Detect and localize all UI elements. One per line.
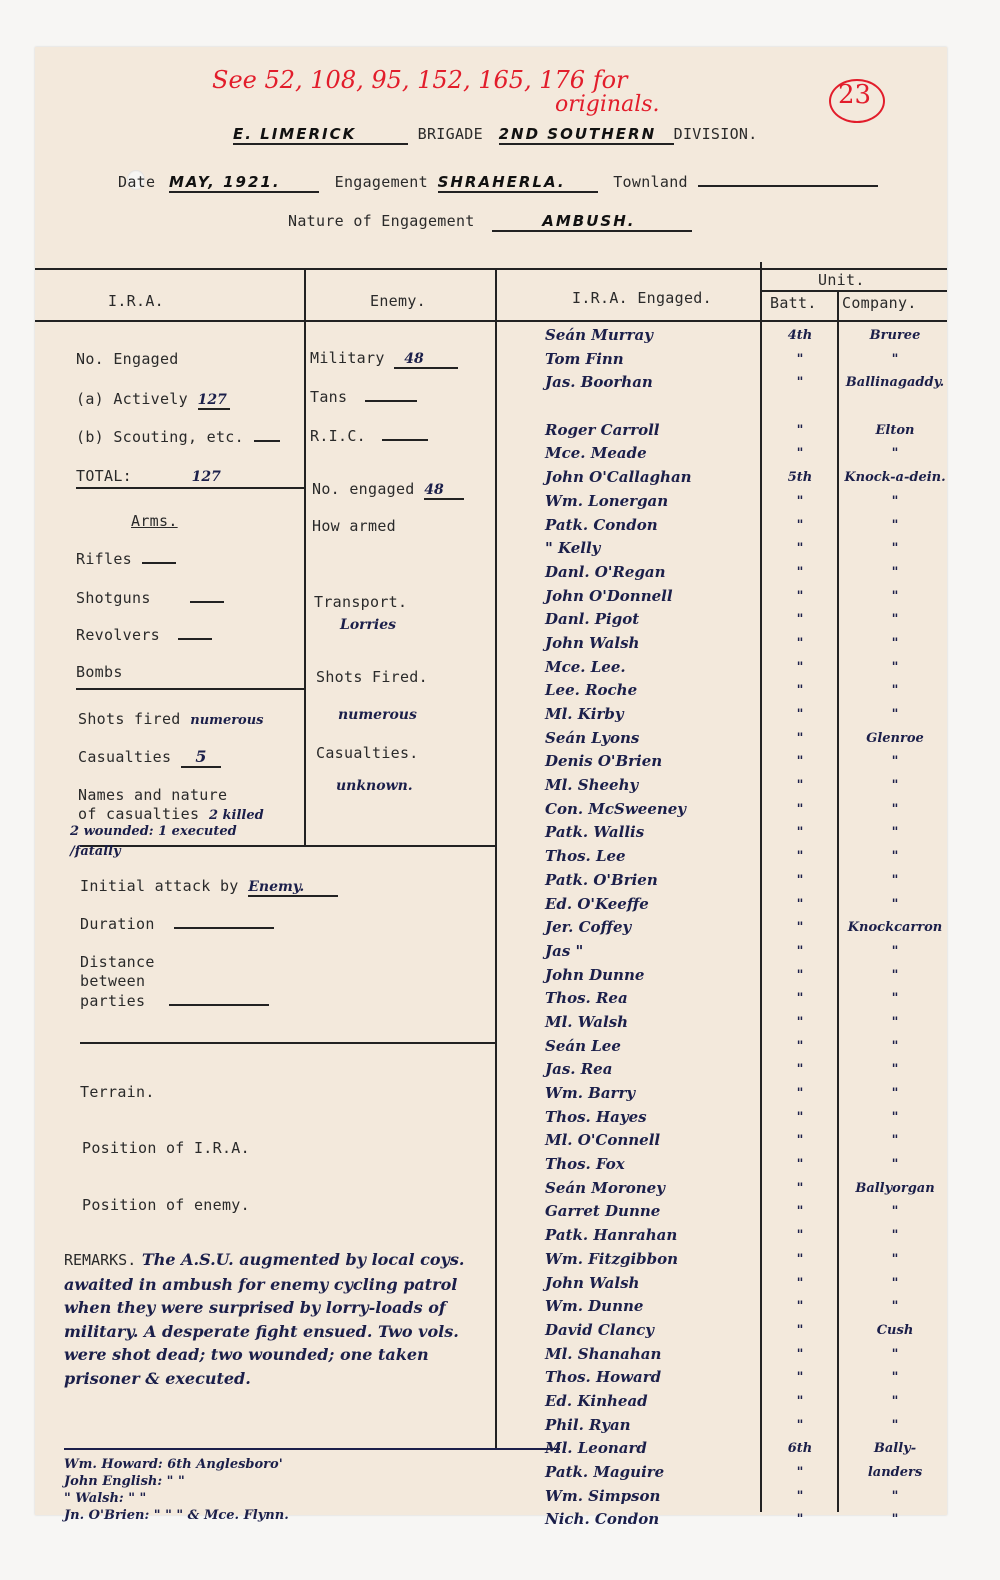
casualties-rule [80, 845, 497, 847]
engaged-name: Ml. Shanahan [545, 1343, 760, 1367]
engaged-name: Jas " [545, 940, 760, 964]
engaged-name: Jas. Boorhan [545, 371, 760, 395]
engaged-batt: " [770, 869, 830, 893]
engaged-name [545, 395, 760, 419]
engaged-company: " [843, 608, 947, 632]
engaged-batt: " [770, 656, 830, 680]
col-header-ira: I.R.A. [108, 292, 164, 310]
engaged-name: Ml. Walsh [545, 1011, 760, 1035]
scouting-field: (b) Scouting, etc. [76, 427, 280, 446]
engaged-name: Thos. Lee [545, 845, 760, 869]
division-label: DIVISION. [674, 125, 758, 143]
engaged-batt: " [770, 1177, 830, 1201]
header-bottom-rule [35, 320, 947, 322]
division-value: 2ND SOUTHERN [499, 125, 674, 145]
distance-label-2: between [80, 972, 145, 990]
engaged-batt: " [770, 774, 830, 798]
enemy-shots-label: Shots Fired. [316, 668, 428, 686]
arms-label: Arms. [131, 512, 178, 530]
distance-field: parties [80, 991, 269, 1010]
date-line: Date MAY, 1921. Engagement SHRAHERLA. To… [118, 172, 878, 193]
nature-label: Nature of Engagement [288, 212, 475, 230]
engaged-name: Thos. Rea [545, 987, 760, 1011]
engaged-batt: " [770, 727, 830, 751]
engaged-batt: " [770, 987, 830, 1011]
engaged-company: " [843, 679, 947, 703]
engaged-company: landers [843, 1461, 947, 1485]
col-divider-3 [760, 262, 762, 1512]
engaged-batt: " [770, 1082, 830, 1106]
engaged-batt: " [770, 703, 830, 727]
engaged-name: Thos. Fox [545, 1153, 760, 1177]
col-header-batt: Batt. [770, 294, 817, 312]
engaged-name: Denis O'Brien [545, 750, 760, 774]
engaged-batt: " [770, 1319, 830, 1343]
ira-shots-value: numerous [190, 713, 263, 728]
engaged-batt: " [770, 893, 830, 917]
engaged-name: Wm. Lonergan [545, 490, 760, 514]
engaged-batt: " [770, 798, 830, 822]
engaged-company: " [843, 1129, 947, 1153]
engaged-company: " [843, 1106, 947, 1130]
enemy-no-engaged-value: 48 [424, 482, 464, 500]
engaged-company: " [843, 964, 947, 988]
engaged-company: " [843, 632, 947, 656]
engaged-company: " [843, 703, 947, 727]
remarks-text: The A.S.U. augmented by local coys. awai… [64, 1250, 464, 1388]
engaged-company: " [843, 750, 947, 774]
engaged-name: Seán Moroney [545, 1177, 760, 1201]
engaged-batt: 5th [770, 466, 830, 490]
engaged-name: Seán Murray [545, 324, 760, 348]
engaged-name: Danl. O'Regan [545, 561, 760, 585]
engaged-name: Patk. O'Brien [545, 869, 760, 893]
engaged-batt: " [770, 1035, 830, 1059]
engaged-batt: " [770, 1248, 830, 1272]
engaged-name: Wm. Simpson [545, 1485, 760, 1509]
brigade-line: E. LIMERICK BRIGADE 2ND SOUTHERNDIVISION… [233, 124, 758, 145]
engaged-batt: " [770, 679, 830, 703]
col-header-company: Company. [842, 294, 917, 312]
enemy-casualties-value: unknown. [336, 778, 413, 794]
engaged-name: Ed. O'Keeffe [545, 893, 760, 917]
distance-rule [80, 1042, 497, 1044]
engaged-company: Elton [843, 419, 947, 443]
engaged-company: Bruree [843, 324, 947, 348]
engaged-company: Bally- [843, 1437, 947, 1461]
ira-arms-rule [76, 688, 304, 690]
engaged-company: " [843, 514, 947, 538]
ira-casualties-label: Casualties [78, 748, 171, 766]
engaged-batt: " [770, 1129, 830, 1153]
tans-field: Tans [310, 387, 417, 406]
total-label: TOTAL: [76, 467, 132, 485]
transport-label: Transport. [314, 593, 407, 611]
engaged-company: " [843, 893, 947, 917]
engaged-batt: " [770, 348, 830, 372]
engaged-batt: " [770, 1272, 830, 1296]
shotguns-field: Shotguns [76, 588, 224, 607]
revolvers-label: Revolvers [76, 626, 160, 644]
terrain-label: Terrain. [80, 1083, 155, 1101]
casualty-line: Wm. Howard: 6th Anglesboro' [64, 1456, 504, 1473]
col-header-ira-engaged: I.R.A. Engaged. [572, 289, 712, 307]
ira-casualties-value: 5 [181, 747, 221, 768]
engaged-name: Wm. Dunne [545, 1295, 760, 1319]
actively-value: 127 [198, 392, 230, 410]
engaged-company: " [843, 1366, 947, 1390]
engaged-company: " [843, 1295, 947, 1319]
engaged-company: " [843, 774, 947, 798]
engaged-name: Seán Lyons [545, 727, 760, 751]
no-engaged-label: No. Engaged [76, 350, 179, 368]
engaged-company: " [843, 845, 947, 869]
actively-field: (a) Actively 127 [76, 389, 230, 410]
engaged-company: " [843, 1272, 947, 1296]
engaged-name: Lee. Roche [545, 679, 760, 703]
engaged-company: " [843, 442, 947, 466]
rifles-label: Rifles [76, 550, 132, 568]
military-field: Military 48 [310, 348, 458, 369]
initial-attack-value: Enemy. [248, 879, 338, 897]
engaged-batt: " [770, 1508, 830, 1532]
rifles-field: Rifles [76, 549, 176, 568]
engaged-company: " [843, 798, 947, 822]
scouting-label: (b) Scouting, etc. [76, 428, 244, 446]
engaged-batt: " [770, 419, 830, 443]
engaged-batt: " [770, 1295, 830, 1319]
engaged-company: " [843, 1508, 947, 1532]
col-header-enemy: Enemy. [370, 292, 426, 310]
brigade-value: E. LIMERICK [233, 125, 408, 145]
engaged-batt: " [770, 1058, 830, 1082]
engaged-company: Glenroe [843, 727, 947, 751]
casualty-line: John English: " " [64, 1473, 504, 1490]
enemy-no-engaged-label: No. engaged [312, 480, 415, 498]
engaged-company: " [843, 1414, 947, 1438]
engaged-company: " [843, 1011, 947, 1035]
engaged-name: Roger Carroll [545, 419, 760, 443]
engaged-company: Cush [843, 1319, 947, 1343]
engaged-name: Tom Finn [545, 348, 760, 372]
engaged-company: " [843, 585, 947, 609]
engaged-batt: " [770, 608, 830, 632]
engaged-name: Thos. Hayes [545, 1106, 760, 1130]
col-header-unit: Unit. [818, 271, 865, 289]
total-value: 127 [192, 469, 221, 485]
engaged-batt: " [770, 750, 830, 774]
engaged-batt: " [770, 514, 830, 538]
names-field: of casualties 2 killed [78, 804, 264, 823]
engaged-batt: 4th [770, 324, 830, 348]
engaged-name: John O'Donnell [545, 585, 760, 609]
engaged-batt: " [770, 821, 830, 845]
engaged-name: Wm. Fitzgibbon [545, 1248, 760, 1272]
engaged-name: John Dunne [545, 964, 760, 988]
position-ira-label: Position of I.R.A. [82, 1139, 250, 1157]
engaged-company [843, 395, 947, 419]
tans-label: Tans [310, 388, 347, 406]
shotguns-label: Shotguns [76, 589, 151, 607]
date-label: Date [118, 173, 155, 191]
engaged-company: " [843, 869, 947, 893]
engaged-company: " [843, 1082, 947, 1106]
engaged-name: Seán Lee [545, 1035, 760, 1059]
how-armed-label: How armed [312, 517, 396, 535]
engaged-company: " [843, 1200, 947, 1224]
scouting-value [254, 440, 280, 442]
engaged-company: " [843, 1035, 947, 1059]
engaged-company: " [843, 1153, 947, 1177]
engaged-company: " [843, 1343, 947, 1367]
engaged-name: Patk. Condon [545, 514, 760, 538]
engaged-name: Patk. Wallis [545, 821, 760, 845]
engaged-batt: " [770, 1461, 830, 1485]
engaged-company: " [843, 940, 947, 964]
engaged-name: Patk. Maguire [545, 1461, 760, 1485]
ira-total-rule [76, 487, 304, 489]
engaged-batt: " [770, 1106, 830, 1130]
page-number: 23 [838, 80, 871, 110]
names-label-2: of casualties [78, 805, 199, 823]
casualty-line: Jn. O'Brien: " " " & Mce. Flynn. [64, 1507, 504, 1524]
col-divider-1 [304, 268, 306, 846]
engaged-company: " [843, 656, 947, 680]
engaged-name: Ed. Kinhead [545, 1390, 760, 1414]
engaged-batt: " [770, 1485, 830, 1509]
engaged-company: " [843, 490, 947, 514]
remarks-label: REMARKS. [64, 1251, 136, 1269]
duration-field: Duration [80, 914, 274, 933]
remarks-casualty-list: Wm. Howard: 6th Anglesboro'John English:… [64, 1456, 504, 1524]
nature-value: AMBUSH. [492, 212, 692, 232]
engaged-name: Thos. Howard [545, 1366, 760, 1390]
archive-note-cont: originals. [555, 92, 660, 117]
engaged-batt: " [770, 371, 830, 395]
company-column: Bruree"Ballinagaddy.Elton"Knock-a-dein."… [843, 324, 947, 1532]
distance-label-1: Distance [80, 953, 155, 971]
engaged-name: Mce. Lee. [545, 656, 760, 680]
ira-shots-field: Shots fired numerous [78, 709, 264, 728]
townland-label: Townland [613, 173, 688, 191]
engaged-name: Phil. Ryan [545, 1414, 760, 1438]
names-label-1: Names and nature [78, 786, 227, 804]
engaged-name: Danl. Pigot [545, 608, 760, 632]
transport-value: Lorries [340, 617, 396, 633]
date-value: MAY, 1921. [169, 173, 319, 193]
engaged-batt: " [770, 585, 830, 609]
engaged-batt: " [770, 1390, 830, 1414]
engaged-batt: " [770, 1414, 830, 1438]
distance-label-3: parties [80, 992, 145, 1010]
engaged-name: John O'Callaghan [545, 466, 760, 490]
engaged-batt: " [770, 561, 830, 585]
names-value-3: /fatally [70, 844, 121, 859]
engaged-company: " [843, 821, 947, 845]
names-value-2: 2 wounded: 1 executed [70, 824, 237, 839]
engaged-company: " [843, 561, 947, 585]
engaged-name: Ml. Kirby [545, 703, 760, 727]
engagement-label: Engagement [335, 173, 428, 191]
unit-sub-rule [762, 290, 947, 292]
engaged-company: " [843, 1224, 947, 1248]
engaged-batt: " [770, 537, 830, 561]
engaged-batt: " [770, 1366, 830, 1390]
engaged-batt: " [770, 442, 830, 466]
engaged-company: Knockcarron [843, 916, 947, 940]
bombs-label: Bombs [76, 663, 123, 681]
engaged-company: Ballyorgan [843, 1177, 947, 1201]
engaged-company: " [843, 1485, 947, 1509]
engaged-name: Patk. Hanrahan [545, 1224, 760, 1248]
engaged-batt: " [770, 490, 830, 514]
engaged-company: " [843, 987, 947, 1011]
duration-label: Duration [80, 915, 155, 933]
ira-engaged-list: Seán MurrayTom FinnJas. BoorhanRoger Car… [545, 324, 760, 1532]
engagement-value: SHRAHERLA. [438, 173, 598, 193]
engaged-company: " [843, 1390, 947, 1414]
engaged-company: Knock-a-dein. [843, 466, 947, 490]
engaged-name: Nich. Condon [545, 1508, 760, 1532]
engaged-batt: " [770, 1011, 830, 1035]
engaged-name: John Walsh [545, 1272, 760, 1296]
engaged-name: Wm. Barry [545, 1082, 760, 1106]
engaged-name: Garret Dunne [545, 1200, 760, 1224]
enemy-casualties-label: Casualties. [316, 744, 419, 762]
engaged-name: Ml. Leonard [545, 1437, 760, 1461]
engaged-batt: " [770, 1153, 830, 1177]
ira-casualties-field: Casualties 5 [78, 747, 221, 768]
names-value-1: 2 killed [209, 808, 264, 823]
townland-value [698, 185, 878, 187]
engaged-name: Con. McSweeney [545, 798, 760, 822]
engaged-company: Ballinagaddy. [843, 371, 947, 395]
engaged-name: John Walsh [545, 632, 760, 656]
engaged-company: " [843, 1058, 947, 1082]
total-field: TOTAL: 127 [76, 466, 221, 485]
military-value: 48 [394, 351, 458, 369]
engaged-batt: " [770, 1200, 830, 1224]
ric-label: R.I.C. [310, 427, 366, 445]
engaged-batt: " [770, 940, 830, 964]
engaged-batt: " [770, 916, 830, 940]
engaged-name: David Clancy [545, 1319, 760, 1343]
remarks-underline [64, 1448, 560, 1450]
position-enemy-label: Position of enemy. [82, 1196, 250, 1214]
archive-note: See 52, 108, 95, 152, 165, 176 for [212, 66, 628, 94]
revolvers-field: Revolvers [76, 625, 212, 644]
engaged-batt: " [770, 1224, 830, 1248]
engaged-name: Jas. Rea [545, 1058, 760, 1082]
engaged-name: Jer. Coffey [545, 916, 760, 940]
engaged-batt: " [770, 964, 830, 988]
military-label: Military [310, 349, 385, 367]
engaged-batt: " [770, 845, 830, 869]
engaged-name: Mce. Meade [545, 442, 760, 466]
engaged-name: " Kelly [545, 537, 760, 561]
initial-attack-field: Initial attack by Enemy. [80, 876, 338, 897]
remarks-block: REMARKS. The A.S.U. augmented by local c… [64, 1248, 504, 1390]
table-top-rule [35, 268, 947, 270]
engaged-batt: " [770, 632, 830, 656]
ira-shots-label: Shots fired [78, 710, 181, 728]
engaged-batt [770, 395, 830, 419]
brigade-label: BRIGADE [418, 125, 483, 143]
casualty-line: " Walsh: " " [64, 1490, 504, 1507]
enemy-no-engaged-field: No. engaged 48 [312, 479, 464, 500]
engaged-company: " [843, 348, 947, 372]
engaged-company: " [843, 537, 947, 561]
engaged-batt: " [770, 1343, 830, 1367]
ric-field: R.I.C. [310, 426, 428, 445]
nature-line: Nature of Engagement AMBUSH. [288, 211, 692, 232]
actively-label: (a) Actively [76, 390, 188, 408]
initial-attack-label: Initial attack by [80, 877, 239, 895]
batt-column: 4th""""5th""""""""""""""""""""""""""""""… [770, 324, 830, 1532]
col-divider-4 [837, 290, 839, 1512]
engaged-batt: 6th [770, 1437, 830, 1461]
enemy-shots-value: numerous [338, 707, 417, 723]
engaged-name: Ml. O'Connell [545, 1129, 760, 1153]
engaged-name: Ml. Sheehy [545, 774, 760, 798]
engaged-company: " [843, 1248, 947, 1272]
